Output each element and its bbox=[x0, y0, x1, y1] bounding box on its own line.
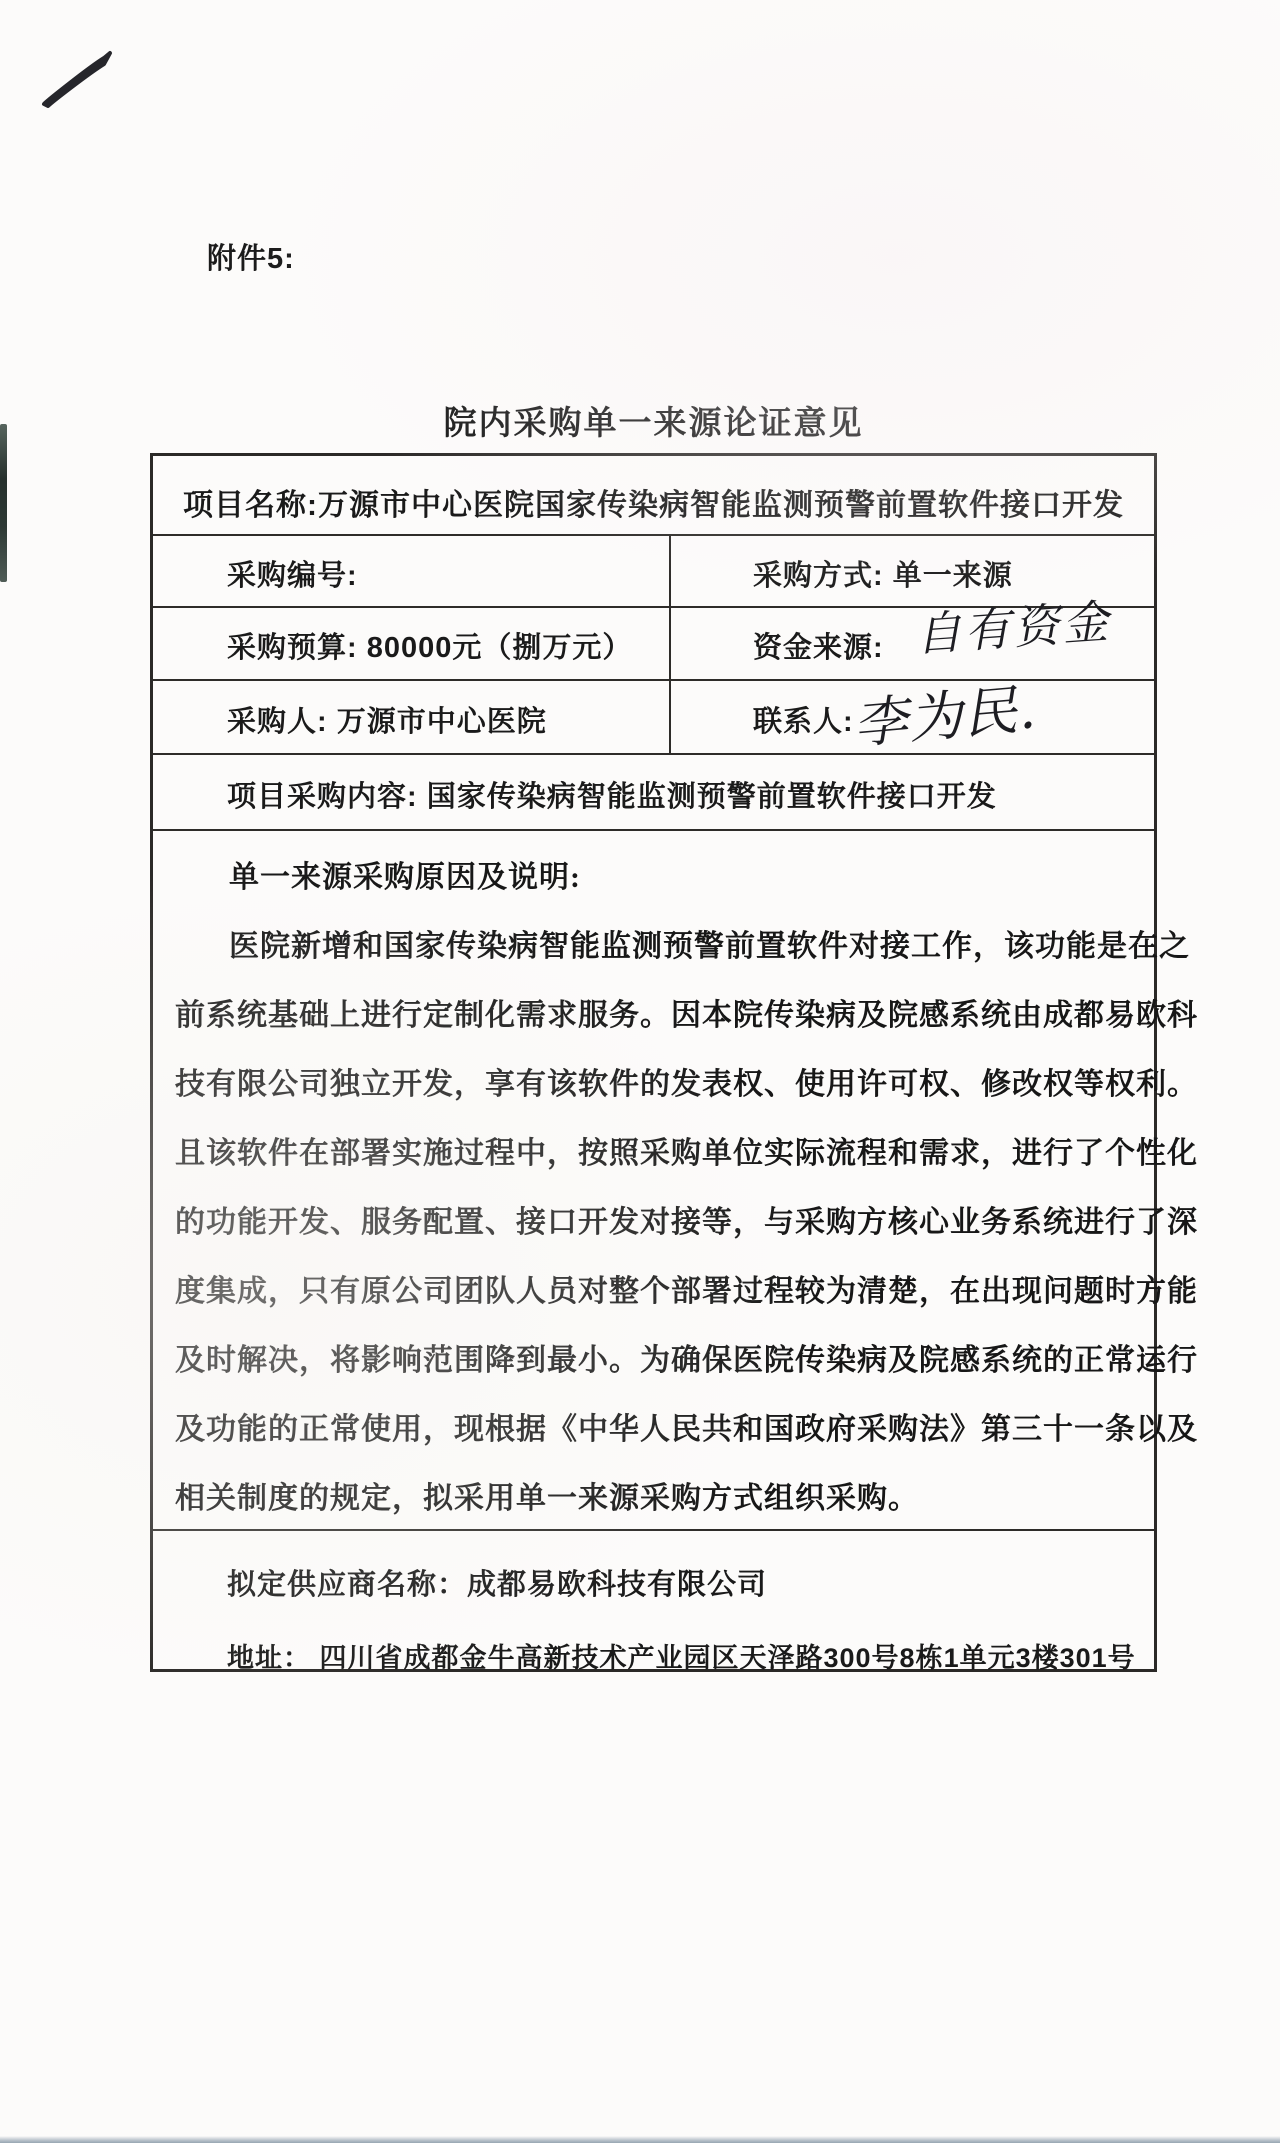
reason-line: 相关制度的规定，拟采用单一来源采购方式组织采购。 bbox=[175, 1464, 1138, 1533]
contact-label: 联系人: bbox=[753, 699, 854, 740]
reason-line: 且该软件在部署实施过程中，按照采购单位实际流程和需求，进行了个性化 bbox=[175, 1119, 1138, 1188]
reason-line: 及功能的正常使用，现根据《中华人民共和国政府采购法》第三十一条以及 bbox=[175, 1395, 1138, 1464]
reason-line: 度集成，只有原公司团队人员对整个部署过程较为清楚，在出现问题时方能 bbox=[175, 1257, 1138, 1326]
address-cell: 地址： 四川省成都金牛高新技术产业园区天泽路300号8栋1单元3楼301号 bbox=[227, 1636, 1136, 1675]
page-title: 院内采购单一来源论证意见 bbox=[150, 397, 1157, 444]
row-divider-1 bbox=[153, 534, 1154, 536]
budget-cell: 采购预算: 80000元（捌万元） bbox=[227, 625, 632, 666]
project-name-cell: 项目名称:万源市中心医院国家传染病智能监测预警前置软件接口开发 bbox=[153, 480, 1154, 524]
column-divider bbox=[669, 534, 671, 755]
reason-line: 技有限公司独立开发，享有该软件的发表权、使用许可权、修改权等权利。 bbox=[175, 1050, 1138, 1119]
procurement-form-table: 项目名称:万源市中心医院国家传染病智能监测预警前置软件接口开发 采购编号: 采购… bbox=[150, 453, 1157, 1672]
procurement-method-cell: 采购方式: 单一来源 bbox=[753, 553, 1013, 594]
scan-bottom-edge bbox=[0, 2136, 1280, 2143]
reason-line: 的功能开发、服务配置、接口开发对接等，与采购方核心业务系统进行了深 bbox=[175, 1188, 1138, 1257]
pen-stroke-mark bbox=[30, 40, 140, 130]
reason-heading: 单一来源采购原因及说明: bbox=[175, 843, 1138, 912]
reason-line: 及时解决，将影响范围降到最小。为确保医院传染病及院感系统的正常运行 bbox=[175, 1326, 1138, 1395]
row-divider-5 bbox=[153, 829, 1154, 831]
reason-block: 单一来源采购原因及说明: 医院新增和国家传染病智能监测预警前置软件对接工作，该功… bbox=[175, 843, 1138, 1533]
funding-source-handwritten: 自有资金 bbox=[913, 585, 1113, 665]
procurement-content-cell: 项目采购内容: 国家传染病智能监测预警前置软件接口开发 bbox=[227, 774, 997, 815]
reason-line: 前系统基础上进行定制化需求服务。因本院传染病及院感系统由成都易欧科 bbox=[175, 981, 1138, 1050]
supplier-cell: 拟定供应商名称：成都易欧科技有限公司 bbox=[227, 1562, 767, 1603]
attachment-label: 附件5: bbox=[207, 236, 295, 277]
reason-line: 医院新增和国家传染病智能监测预警前置软件对接工作，该功能是在之 bbox=[175, 912, 1138, 981]
purchaser-cell: 采购人: 万源市中心医院 bbox=[227, 699, 547, 740]
procurement-number-cell: 采购编号: bbox=[227, 553, 358, 594]
row-divider-4 bbox=[153, 753, 1154, 755]
scanned-document-page: 附件5: 院内采购单一来源论证意见 项目名称:万源市中心医院国家传染病智能监测预… bbox=[0, 0, 1280, 2143]
contact-signature: 李为民. bbox=[850, 666, 1039, 759]
scan-edge-artifact bbox=[0, 424, 7, 582]
funding-source-label: 资金来源: bbox=[753, 625, 884, 666]
